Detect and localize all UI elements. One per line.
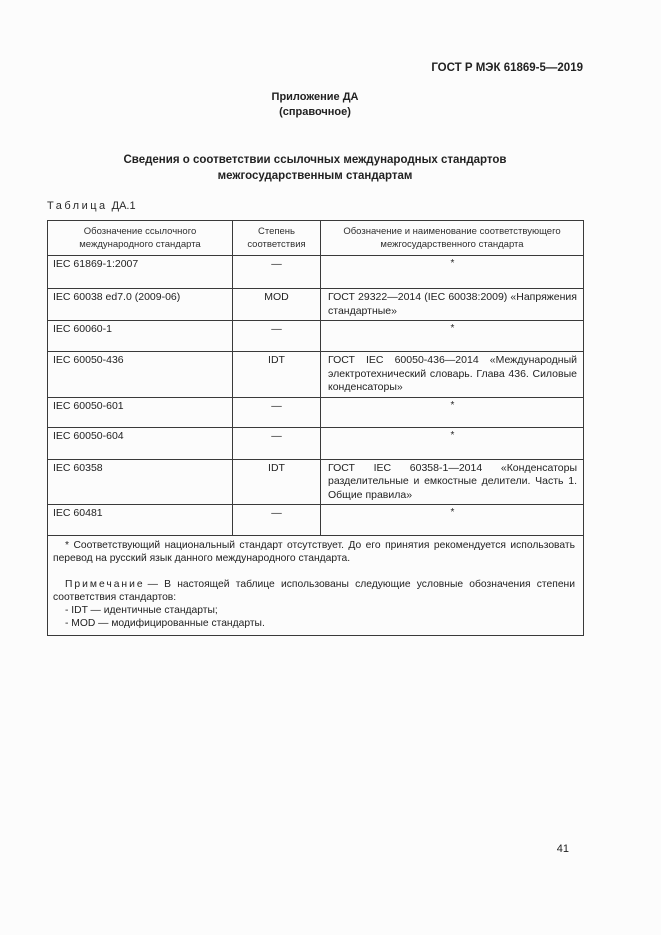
table-caption-number: ДА.1 xyxy=(112,200,136,212)
degree-cell: IDT xyxy=(233,352,321,398)
document-page: ГОСТ Р МЭК 61869-5—2019 Приложение ДА (с… xyxy=(0,0,661,935)
section-title-line2: межгосударственным стандартам xyxy=(47,168,583,184)
page-number: 41 xyxy=(47,843,569,855)
table-row: IEC 60358 IDT ГОСТ IEC 60358-1—2014 «Кон… xyxy=(48,459,584,505)
section-title-line1: Сведения о соответствии ссылочных междун… xyxy=(47,152,583,168)
degree-cell: — xyxy=(233,505,321,536)
table-row: IEC 60050-604 — * xyxy=(48,427,584,459)
table-row: IEC 60481 — * xyxy=(48,505,584,536)
reference-standard-cell: IEC 60050-601 xyxy=(48,397,233,427)
note-item-idt: - IDT — идентичные стандарты; xyxy=(65,604,575,617)
table-notes-row: * Соответствующий национальный стандарт … xyxy=(48,536,584,636)
gost-standard-cell: ГОСТ 29322—2014 (IEC 60038:2009) «Напряж… xyxy=(321,289,584,321)
reference-standard-cell: IEC 60481 xyxy=(48,505,233,536)
gost-standard-cell: * xyxy=(321,321,584,352)
table-header-row: Обозначение ссылочного международного ст… xyxy=(48,221,584,256)
gost-standard-cell: * xyxy=(321,397,584,427)
table-row: IEC 60050-436 IDT ГОСТ IEC 60050-436—201… xyxy=(48,352,584,398)
annex-subtitle: (справочное) xyxy=(47,105,583,120)
column-header-reference-standard: Обозначение ссылочного международного ст… xyxy=(48,221,233,256)
gost-standard-cell: * xyxy=(321,505,584,536)
degree-cell: IDT xyxy=(233,459,321,505)
table-notes-cell: * Соответствующий национальный стандарт … xyxy=(48,536,584,636)
reference-standard-cell: IEC 61869-1:2007 xyxy=(48,256,233,289)
table-footnote: * Соответствующий национальный стандарт … xyxy=(53,539,575,565)
gost-standard-cell: ГОСТ IEC 60050-436—2014 «Международный э… xyxy=(321,352,584,398)
degree-cell: — xyxy=(233,397,321,427)
table-row: IEC 61869-1:2007 — * xyxy=(48,256,584,289)
annex-heading: Приложение ДА (справочное) xyxy=(47,90,583,120)
degree-cell: — xyxy=(233,256,321,289)
document-number-header: ГОСТ Р МЭК 61869-5—2019 xyxy=(47,62,583,74)
gost-standard-cell: * xyxy=(321,256,584,289)
table-caption-word: Таблица xyxy=(47,200,108,212)
note-item-mod: - MOD — модифицированные стандарты. xyxy=(65,617,575,630)
table-row: IEC 60038 ed7.0 (2009-06) MOD ГОСТ 29322… xyxy=(48,289,584,321)
table-row: IEC 60060-1 — * xyxy=(48,321,584,352)
reference-standard-cell: IEC 60060-1 xyxy=(48,321,233,352)
degree-cell: — xyxy=(233,321,321,352)
gost-standard-cell: * xyxy=(321,427,584,459)
note-label: Примечание xyxy=(65,579,145,590)
gost-standard-cell: ГОСТ IEC 60358-1—2014 «Конденсаторы разд… xyxy=(321,459,584,505)
reference-standard-cell: IEC 60050-604 xyxy=(48,427,233,459)
reference-standard-cell: IEC 60038 ed7.0 (2009-06) xyxy=(48,289,233,321)
degree-cell: MOD xyxy=(233,289,321,321)
section-title: Сведения о соответствии ссылочных междун… xyxy=(47,152,583,184)
column-header-degree: Степень соответствия xyxy=(233,221,321,256)
standards-correspondence-table: Обозначение ссылочного международного ст… xyxy=(47,220,584,636)
table-caption: ТаблицаДА.1 xyxy=(47,200,136,212)
degree-cell: — xyxy=(233,427,321,459)
table-row: IEC 60050-601 — * xyxy=(48,397,584,427)
annex-title: Приложение ДА xyxy=(47,90,583,105)
reference-standard-cell: IEC 60358 xyxy=(48,459,233,505)
column-header-gost-standard: Обозначение и наименование соответствующ… xyxy=(321,221,584,256)
table-note: Примечание— В настоящей таблице использо… xyxy=(53,578,575,604)
reference-standard-cell: IEC 60050-436 xyxy=(48,352,233,398)
